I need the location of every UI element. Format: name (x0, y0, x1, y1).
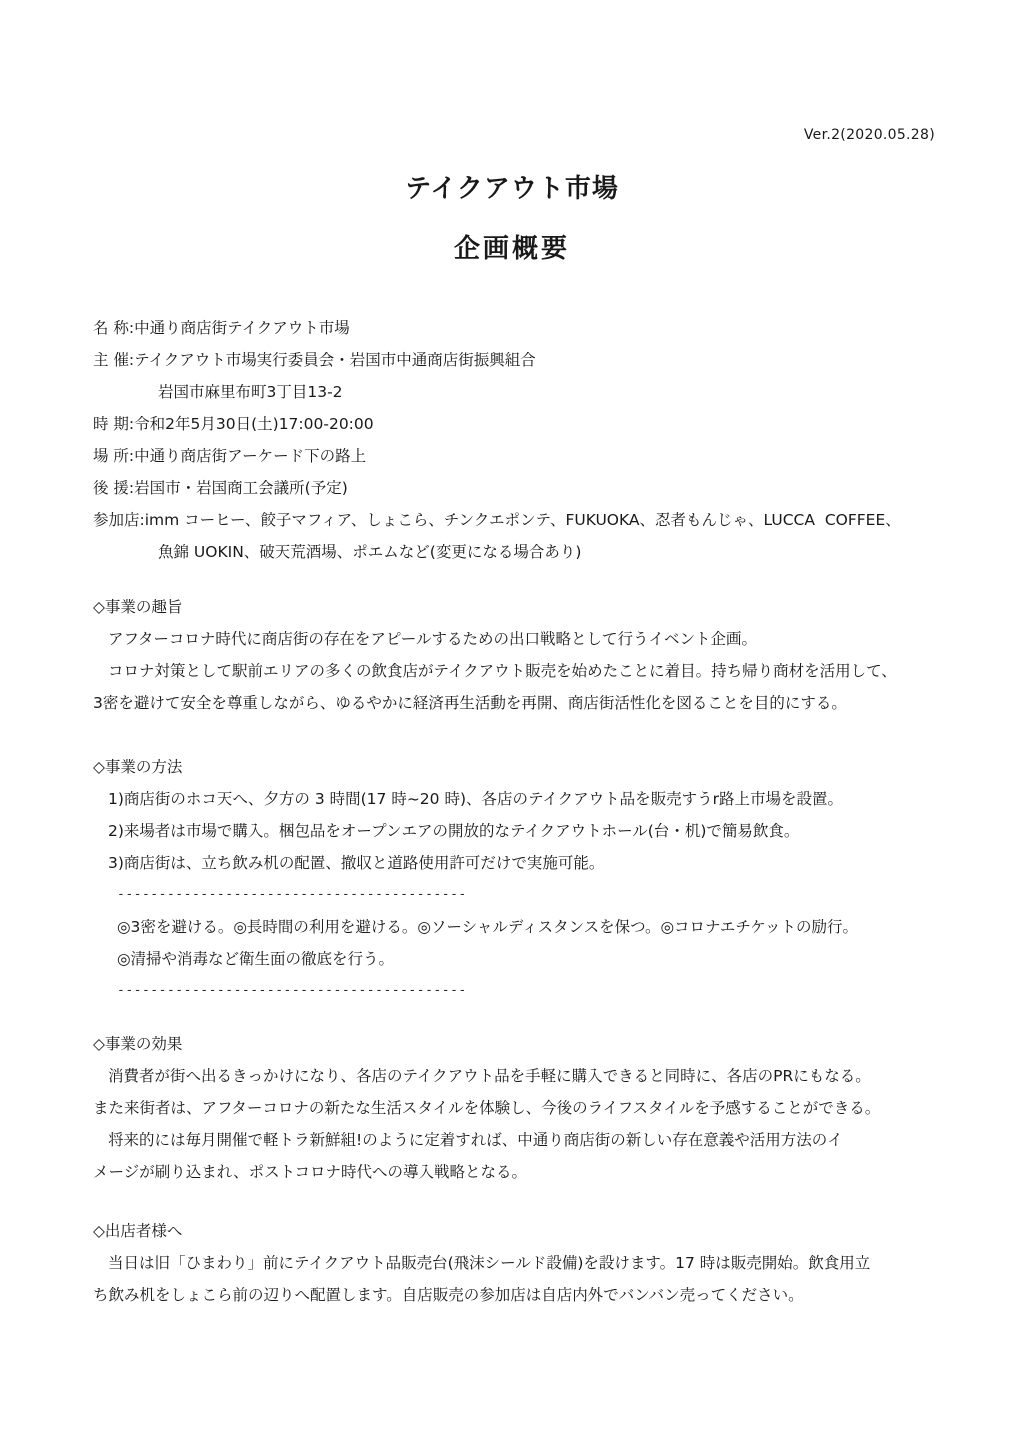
document-page: Ver.2(2020.05.28) テイクアウト市場 企画概要 名 称:中通り商… (0, 0, 1024, 1449)
effect-line: また来街者は、アフターコロナの新たな生活スタイルを体験し、今後のライフスタイルを… (93, 1092, 964, 1124)
method-step-3: 3)商店街は、立ち飲み机の配置、撤収と道路使用許可だけで実施可能。 (93, 847, 964, 879)
section-effect: ◇事業の効果 消費者が街へ出るきっかけになり、各店のテイクアウト品を手軽に購入で… (93, 1028, 964, 1188)
section-method: ◇事業の方法 1)商店街のホコ天へ、夕方の 3 時間(17 時~20 時)、各店… (93, 751, 964, 1007)
section-exhibitor: ◇出店者様へ 当日は旧「ひまわり」前にテイクアウト品販売台(飛沫シールド設備)を… (93, 1215, 964, 1311)
document-title: テイクアウト市場 (0, 168, 1024, 205)
method-note: ◎3密を避ける。◎長時間の利用を避ける。◎ソーシャルディスタンスを保つ。◎コロナ… (93, 911, 964, 943)
effect-line: メージが刷り込まれ、ポストコロナ時代への導入戦略となる。 (93, 1156, 964, 1188)
section-effect-heading: ◇事業の効果 (93, 1028, 964, 1060)
meta-date: 時 期:令和2年5月30日(土)17:00-20:00 (93, 408, 964, 440)
purpose-line: コロナ対策として駅前エリアの多くの飲食店がテイクアウト販売を始めたことに着目。持… (93, 655, 964, 687)
meta-place: 場 所:中通り商店街アーケード下の路上 (93, 440, 964, 472)
meta-organizer: 主 催:テイクアウト市場実行委員会・岩国市中通商店街振興組合 (93, 344, 964, 376)
dashed-separator-top: ----------------------------------------… (93, 879, 964, 911)
purpose-line: 3密を避けて安全を尊重しながら、ゆるやかに経済再生活動を再開、商店街活性化を図る… (93, 687, 964, 719)
section-exhibitor-heading: ◇出店者様へ (93, 1215, 964, 1247)
effect-line: 消費者が街へ出るきっかけになり、各店のテイクアウト品を手軽に購入できると同時に、… (93, 1060, 964, 1092)
section-purpose-heading: ◇事業の趣旨 (93, 591, 964, 623)
dashed-separator-bottom: ----------------------------------------… (93, 975, 964, 1007)
meta-block: 名 称:中通り商店街テイクアウト市場 主 催:テイクアウト市場実行委員会・岩国市… (93, 312, 964, 568)
exhibitor-line: ち飲み机をしょこら前の辺りへ配置します。自店販売の参加店は自店内外でバンバン売っ… (93, 1279, 964, 1311)
exhibitor-line: 当日は旧「ひまわり」前にテイクアウト品販売台(飛沫シールド設備)を設けます。17… (93, 1247, 964, 1279)
method-note: ◎清掃や消毒など衛生面の徹底を行う。 (93, 943, 964, 975)
meta-organizer-address: 岩国市麻里布町3丁目13-2 (93, 376, 964, 408)
method-step-2: 2)来場者は市場で購入。梱包品をオープンエアの開放的なテイクアウトホール(台・机… (93, 815, 964, 847)
effect-line: 将来的には毎月開催で軽トラ新鮮組!のように定着すれば、中通り商店街の新しい存在意… (93, 1124, 964, 1156)
meta-support: 後 援:岩国市・岩国商工会議所(予定) (93, 472, 964, 504)
purpose-line: アフターコロナ時代に商店街の存在をアピールするための出口戦略として行うイベント企… (93, 623, 964, 655)
document-subtitle: 企画概要 (0, 228, 1024, 265)
method-step-1: 1)商店街のホコ天へ、夕方の 3 時間(17 時~20 時)、各店のテイクアウト… (93, 783, 964, 815)
section-purpose: ◇事業の趣旨 アフターコロナ時代に商店街の存在をアピールするための出口戦略として… (93, 591, 964, 719)
section-method-heading: ◇事業の方法 (93, 751, 964, 783)
version-label: Ver.2(2020.05.28) (804, 127, 935, 143)
meta-participants-continued: 魚錦 UOKIN、破天荒酒場、ポエムなど(変更になる場合あり) (93, 536, 964, 568)
meta-participants: 参加店:imm コーヒー、餃子マフィア、しょこら、チンクエポンテ、FUKUOKA… (93, 504, 964, 536)
meta-name: 名 称:中通り商店街テイクアウト市場 (93, 312, 964, 344)
